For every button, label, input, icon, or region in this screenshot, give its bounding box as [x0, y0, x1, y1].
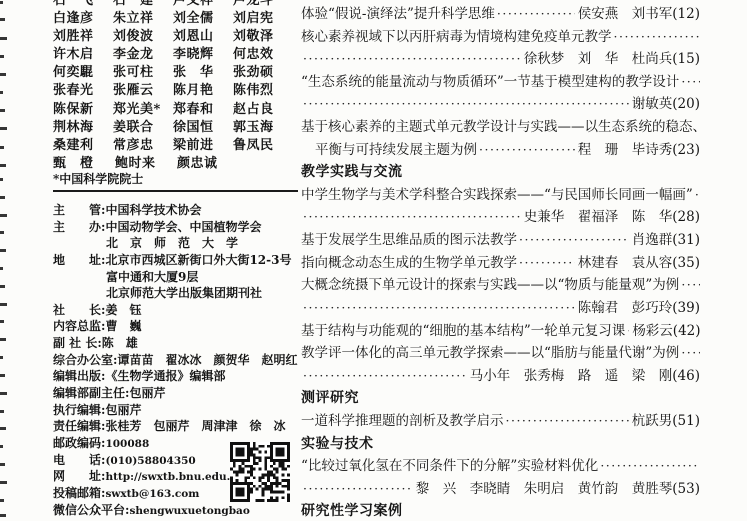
editorial-board-member: 荆林海 — [53, 119, 113, 137]
dot-leader: ········································… — [612, 26, 701, 49]
info-label: 责任编辑: — [53, 419, 105, 433]
section-title: 研究性学习案例 — [301, 500, 403, 521]
section-title: 测评研究 — [301, 387, 359, 410]
scan-artifact-mark — [0, 178, 3, 181]
publication-info-line: 主 管:中国科学技术协会 — [53, 202, 305, 219]
info-label: 执行编辑: — [53, 403, 105, 417]
info-value: 北京师范大学出版集团期刊社 — [106, 286, 262, 300]
article-title: 教学评一体化的高三单元教学探索——以“脂肪与能量代谢”为例 — [301, 342, 679, 365]
editorial-board-member: 张春光 — [53, 82, 113, 100]
board-name-row: 何奕騉张可柱张 华张劲硕 — [53, 64, 293, 82]
info-label: 综合办公室: — [53, 353, 117, 367]
article-title: 一道科学推理题的剖析及教学启示 — [301, 410, 504, 433]
toc-section-header: 教学实践与交流 — [301, 161, 700, 184]
publication-info-line: 执行编辑:包丽芹 — [53, 402, 305, 419]
scan-artifact-mark — [0, 338, 6, 341]
table-of-contents: 体验“假说-演绎法”提升科学思维························… — [301, 3, 700, 521]
info-label: 副 社 长: — [53, 336, 102, 350]
toc-entry-line: 体验“假说-演绎法”提升科学思维························… — [301, 3, 700, 26]
editorial-board-member: 卢文祥 — [173, 0, 233, 10]
scan-artifact-mark — [0, 392, 7, 395]
section-title: 实验与技术 — [301, 433, 374, 456]
editorial-board-member: 李金龙 — [113, 46, 173, 64]
scan-artifact-mark — [0, 196, 5, 199]
dot-leader: ········································… — [301, 297, 575, 320]
dot-leader: ········································… — [301, 206, 521, 229]
editorial-board-member: 桑建利 — [53, 137, 113, 155]
authors-and-page: 肖逸群(31) — [629, 229, 700, 252]
toc-entry-line: 基于发展学生思维品质的图示法教学························… — [301, 229, 700, 252]
scan-artifact-mark — [0, 214, 7, 217]
editorial-board-member: 石 建 — [113, 0, 173, 10]
article-title: 基于核心素养的主题式单元教学设计与实践——以生态系统的稳态、 — [301, 116, 706, 139]
info-label: 投稿邮箱: — [53, 486, 105, 500]
toc-section-header: 研究性学习案例 — [301, 500, 700, 521]
article-title: 体验“假说-演绎法”提升科学思维 — [301, 3, 495, 26]
toc-entry-line: 核心素养视域下以丙肝病毒为情境构建免疫单元教学·················… — [301, 26, 700, 49]
editorial-board-member: 常彦忠 — [113, 137, 173, 155]
board-name-row: 陈保新郑光美*郑春和赵占良 — [53, 101, 293, 119]
board-name-row: 许木启李金龙李晓辉何忠效 — [53, 46, 293, 64]
toc-entry-line: “比较过氧化氢在不同条件下的分解”实验材料优化·················… — [301, 455, 700, 478]
scan-artifact-mark — [0, 499, 4, 502]
editorial-board-member: 郑光美* — [113, 101, 173, 119]
dot-leader: ········································… — [301, 365, 467, 388]
article-title: 基于发展学生思维品质的图示法教学 — [301, 229, 517, 252]
publication-info-line: 微信公众平台:shengwuxuetongbao — [53, 502, 305, 519]
masthead-divider — [53, 190, 298, 192]
publication-info-line: 内容总监:曹 巍 — [53, 318, 305, 335]
board-name-row: 荆林海姜联合徐国恒郭玉海 — [53, 119, 293, 137]
info-value: 北 京 师 范 大 学 — [106, 236, 238, 250]
editorial-board-member: 朱立祥 — [113, 10, 173, 28]
info-label: 邮政编码: — [53, 436, 105, 450]
scan-artifact-mark — [0, 73, 6, 76]
academician-footnote: *中国科学院院士 — [53, 170, 143, 187]
scan-artifact-mark — [0, 374, 5, 377]
info-label: 微信公众平台: — [53, 503, 129, 517]
toc-entry-line: 一道科学推理题的剖析及教学启示·························… — [301, 410, 700, 433]
editorial-board-member: 何奕騉 — [53, 64, 113, 82]
section-title: 教学实践与交流 — [301, 161, 403, 184]
article-title: 平衡与可持续发展主题为例 — [315, 139, 477, 162]
info-value: 包丽芹 — [105, 403, 141, 417]
info-label: 社 长: — [53, 303, 105, 317]
article-title: 中学生物学与美术学科整合实践探索——“与民国师长同画一幅画” — [301, 184, 693, 207]
info-label: 编辑出版: — [53, 369, 105, 383]
info-label: 电 话: — [53, 453, 105, 467]
scan-artifact-mark — [0, 514, 6, 517]
editorial-board-member: 郭玉海 — [233, 119, 293, 137]
editorial-board-list: 石 飞石 建卢文祥卢龙斗白逢彦朱立祥刘全儒刘启宪刘胜祥刘俊波刘恩山刘敬泽许木启李… — [53, 0, 293, 173]
board-name-row: 石 飞石 建卢文祥卢龙斗 — [53, 0, 293, 10]
publication-info-line: 北京师范大学出版集团期刊社 — [53, 285, 305, 302]
scan-artifact-mark — [0, 481, 7, 484]
toc-entry-line: 指向概念动态生成的生物学单元教学························… — [301, 252, 700, 275]
scan-artifact-mark — [0, 463, 5, 466]
toc-entry-line: ········································… — [301, 478, 700, 501]
info-value: 陈 雄 — [102, 336, 138, 350]
editorial-board-member: 何忠效 — [233, 46, 293, 64]
publication-info-line: 社 长:姜 钰 — [53, 302, 305, 319]
publication-info-line: 编辑部副主任:包丽芹 — [53, 385, 305, 402]
editorial-board-member: 张可柱 — [113, 64, 173, 82]
publication-info-line: 地 址:北京市西城区新街口外大街12-3号 — [53, 252, 305, 269]
editorial-board-member: 陈伟烈 — [233, 82, 293, 100]
editorial-board-member: 颜忠诚 — [177, 155, 239, 173]
board-name-row: 白逢彦朱立祥刘全儒刘启宪 — [53, 10, 293, 28]
toc-entry-line: 教学评一体化的高三单元教学探索——以“脂肪与能量代谢”为例···········… — [301, 342, 700, 365]
info-value: 北京市西城区新街口外大街12-3号 — [105, 253, 291, 267]
authors-and-page: 黎 兴 李晓睛 朱明启 黄竹韵 黄胜琴(53) — [413, 478, 700, 501]
toc-entry-line: ········································… — [301, 297, 700, 320]
editorial-board-member: 石 飞 — [53, 0, 113, 10]
publication-info-line: 北 京 师 范 大 学 — [53, 235, 305, 252]
scan-artifact-mark — [0, 164, 6, 167]
editorial-board-member: 徐国恒 — [173, 119, 233, 137]
scan-artifact-mark — [0, 55, 4, 58]
info-value: 100088 — [105, 438, 149, 450]
authors-and-page: 程 珊 毕诗秀(23) — [575, 139, 700, 162]
dot-leader: ········································… — [679, 274, 700, 297]
publication-info-line: 副 社 长:陈 雄 — [53, 335, 305, 352]
toc-entry-line: ········································… — [301, 48, 700, 71]
board-name-row: 桑建利常彦忠梁前进鲁凤民 — [53, 137, 293, 155]
editorial-board-member: 鲁凤民 — [233, 137, 293, 155]
editorial-board-member: 白逢彦 — [53, 10, 113, 28]
info-value: 中国动物学会、中国植物学会 — [105, 220, 261, 234]
authors-and-page: 杨彩云(42) — [629, 320, 700, 343]
scan-artifact-mark — [0, 146, 4, 149]
authors-and-page: 史兼华 翟福泽 陈 华(28) — [521, 206, 700, 229]
board-name-row: 张春光张雁云陈月艳陈伟烈 — [53, 82, 293, 100]
authors-and-page: 谢敏英(20) — [629, 93, 700, 116]
article-title: 核心素养视域下以丙肝病毒为情境构建免疫单元教学 — [301, 26, 612, 49]
editorial-board-member: 刘启宪 — [233, 10, 293, 28]
scan-artifact-mark — [0, 37, 7, 40]
scan-artifact-mark — [0, 320, 4, 323]
dot-leader: ········································… — [598, 455, 700, 478]
scan-artifact-mark — [0, 249, 6, 252]
scan-artifact-mark — [0, 267, 3, 270]
scan-artifact-mark — [0, 1, 3, 4]
info-value: swxtb@163.com — [105, 488, 199, 500]
scan-artifact-mark — [0, 427, 6, 430]
dot-leader: ········································… — [301, 48, 521, 71]
article-title: 基于结构与功能观的“细胞的基本结构”一轮单元复习课 — [301, 320, 625, 343]
publication-info-line: 综合办公室:谭苗苗 翟冰冰 颜贺华 赵明红 — [53, 352, 305, 369]
dot-leader: ········································… — [517, 229, 629, 252]
toc-entry-line: 平衡与可持续发展主题为例····························… — [301, 139, 700, 162]
authors-and-page: 杭跃男(51) — [629, 410, 700, 433]
toc-entry-line: ········································… — [301, 93, 700, 116]
info-value: 包丽芹 — [129, 386, 165, 400]
info-value: 中国科学技术协会 — [105, 203, 201, 217]
editorial-board-member: 刘全儒 — [173, 10, 233, 28]
scan-artifact-mark — [0, 410, 4, 413]
editorial-board-member: 李晓辉 — [173, 46, 233, 64]
toc-section-header: 实验与技术 — [301, 433, 700, 456]
dot-leader: ········································… — [517, 252, 575, 275]
toc-entry-line: “生态系统的能量流动与物质循环”一节基于模型建构的教学设计···········… — [301, 71, 700, 94]
info-value: 《生物学通报》编辑部 — [105, 369, 225, 383]
toc-entry-line: ········································… — [301, 365, 700, 388]
qr-code-icon — [230, 442, 290, 502]
info-value: 姜 钰 — [105, 303, 141, 317]
info-label: 主 办: — [53, 220, 105, 234]
info-label: 主 管: — [53, 203, 105, 217]
journal-contents-page: 石 飞石 建卢文祥卢龙斗白逢彦朱立祥刘全儒刘启宪刘胜祥刘俊波刘恩山刘敬泽许木启李… — [0, 0, 747, 521]
article-title: 指向概念动态生成的生物学单元教学 — [301, 252, 517, 275]
editorial-board-member: 卢龙斗 — [233, 0, 293, 10]
scan-artifact-mark — [0, 109, 5, 112]
editorial-board-member: 刘胜祥 — [53, 28, 113, 46]
dot-leader: ········································… — [504, 410, 629, 433]
editorial-board-member: 张 华 — [173, 64, 233, 82]
authors-and-page: 侯安燕 刘书军(12) — [575, 3, 700, 26]
qr-code-pattern — [230, 442, 290, 502]
publication-info-line: 编辑出版:《生物学通报》编辑部 — [53, 368, 305, 385]
editorial-board-member: 许木启 — [53, 46, 113, 64]
info-label: 地 址: — [53, 253, 105, 267]
info-value: 富中通和大厦9层 — [106, 270, 198, 284]
editorial-board-member: 郑春和 — [173, 101, 233, 119]
toc-entry-line: 中学生物学与美术学科整合实践探索——“与民国师长同画一幅画”··········… — [301, 184, 700, 207]
toc-entry-line: 基于核心素养的主题式单元教学设计与实践——以生态系统的稳态、 — [301, 116, 700, 139]
editorial-board-member: 刘俊波 — [113, 28, 173, 46]
dot-leader: ········································… — [495, 3, 575, 26]
article-title: “比较过氧化氢在不同条件下的分解”实验材料优化 — [301, 455, 598, 478]
info-label: 内容总监: — [53, 319, 105, 333]
scan-artifact-mark — [0, 445, 3, 448]
authors-and-page: 林建春 袁从容(35) — [575, 252, 700, 275]
dot-leader: ········································… — [301, 93, 629, 116]
dot-leader: ········································… — [679, 71, 700, 94]
scan-artifact-mark — [0, 356, 3, 359]
editorial-board-member: 姜联合 — [113, 119, 173, 137]
dot-leader: ········································… — [301, 478, 413, 501]
authors-and-page: 陈翰君 彭巧玲(39) — [575, 297, 700, 320]
scan-artifact-mark — [0, 303, 7, 306]
dot-leader: ········································… — [693, 184, 700, 207]
editorial-board-member: 陈保新 — [53, 101, 113, 119]
article-title: “生态系统的能量流动与物质循环”一节基于模型建构的教学设计 — [301, 71, 679, 94]
info-value: 谭苗苗 翟冰冰 颜贺华 赵明红 — [117, 353, 297, 367]
scan-artifact-mark — [0, 18, 5, 21]
publication-info-line: 主 办:中国动物学会、中国植物学会 — [53, 219, 305, 236]
editorial-board-member: 赵占良 — [233, 101, 293, 119]
editorial-board-member: 张劲硕 — [233, 64, 293, 82]
article-title: 大概念统摄下单元设计的探索与实践——以“物质与能量观”为例 — [301, 274, 679, 297]
dot-leader: ········································… — [477, 139, 575, 162]
authors-and-page: 马小年 张秀梅 路 遥 梁 刚(46) — [467, 365, 700, 388]
info-value: 张桂芳 包丽芹 周津津 徐 冰 — [105, 419, 285, 433]
scan-artifact-mark — [0, 127, 7, 130]
info-value: http://swxtb.bnu.edu.cn — [105, 471, 244, 483]
editorial-board-member: 刘敬泽 — [233, 28, 293, 46]
scan-artifact-mark — [0, 231, 4, 234]
info-value: 曹 巍 — [105, 319, 141, 333]
publication-info-line: 富中通和大厦9层 — [53, 269, 305, 286]
publication-info-line: 责任编辑:张桂芳 包丽芹 周津津 徐 冰 — [53, 418, 305, 435]
info-label: 编辑部副主任: — [53, 386, 129, 400]
editorial-board-member: 张雁云 — [113, 82, 173, 100]
board-name-row: 刘胜祥刘俊波刘恩山刘敬泽 — [53, 28, 293, 46]
dot-leader: ········································… — [679, 342, 700, 365]
authors-and-page: 徐秋梦 刘 华 杜尚兵(15) — [521, 48, 700, 71]
editorial-board-member: 梁前进 — [173, 137, 233, 155]
info-label: 网 址: — [53, 469, 105, 483]
scan-artifact-mark — [0, 285, 5, 288]
toc-entry-line: 大概念统摄下单元设计的探索与实践——以“物质与能量观”为例···········… — [301, 274, 700, 297]
toc-entry-line: 基于结构与功能观的“细胞的基本结构”一轮单元复习课···············… — [301, 320, 700, 343]
info-value: (010)58804350 — [105, 455, 195, 467]
editorial-board-member: 刘恩山 — [173, 28, 233, 46]
scan-artifact-mark — [0, 91, 3, 94]
toc-entry-line: ········································… — [301, 206, 700, 229]
toc-section-header: 测评研究 — [301, 387, 700, 410]
editorial-board-member: 陈月艳 — [173, 82, 233, 100]
info-value: shengwuxuetongbao — [129, 505, 249, 517]
